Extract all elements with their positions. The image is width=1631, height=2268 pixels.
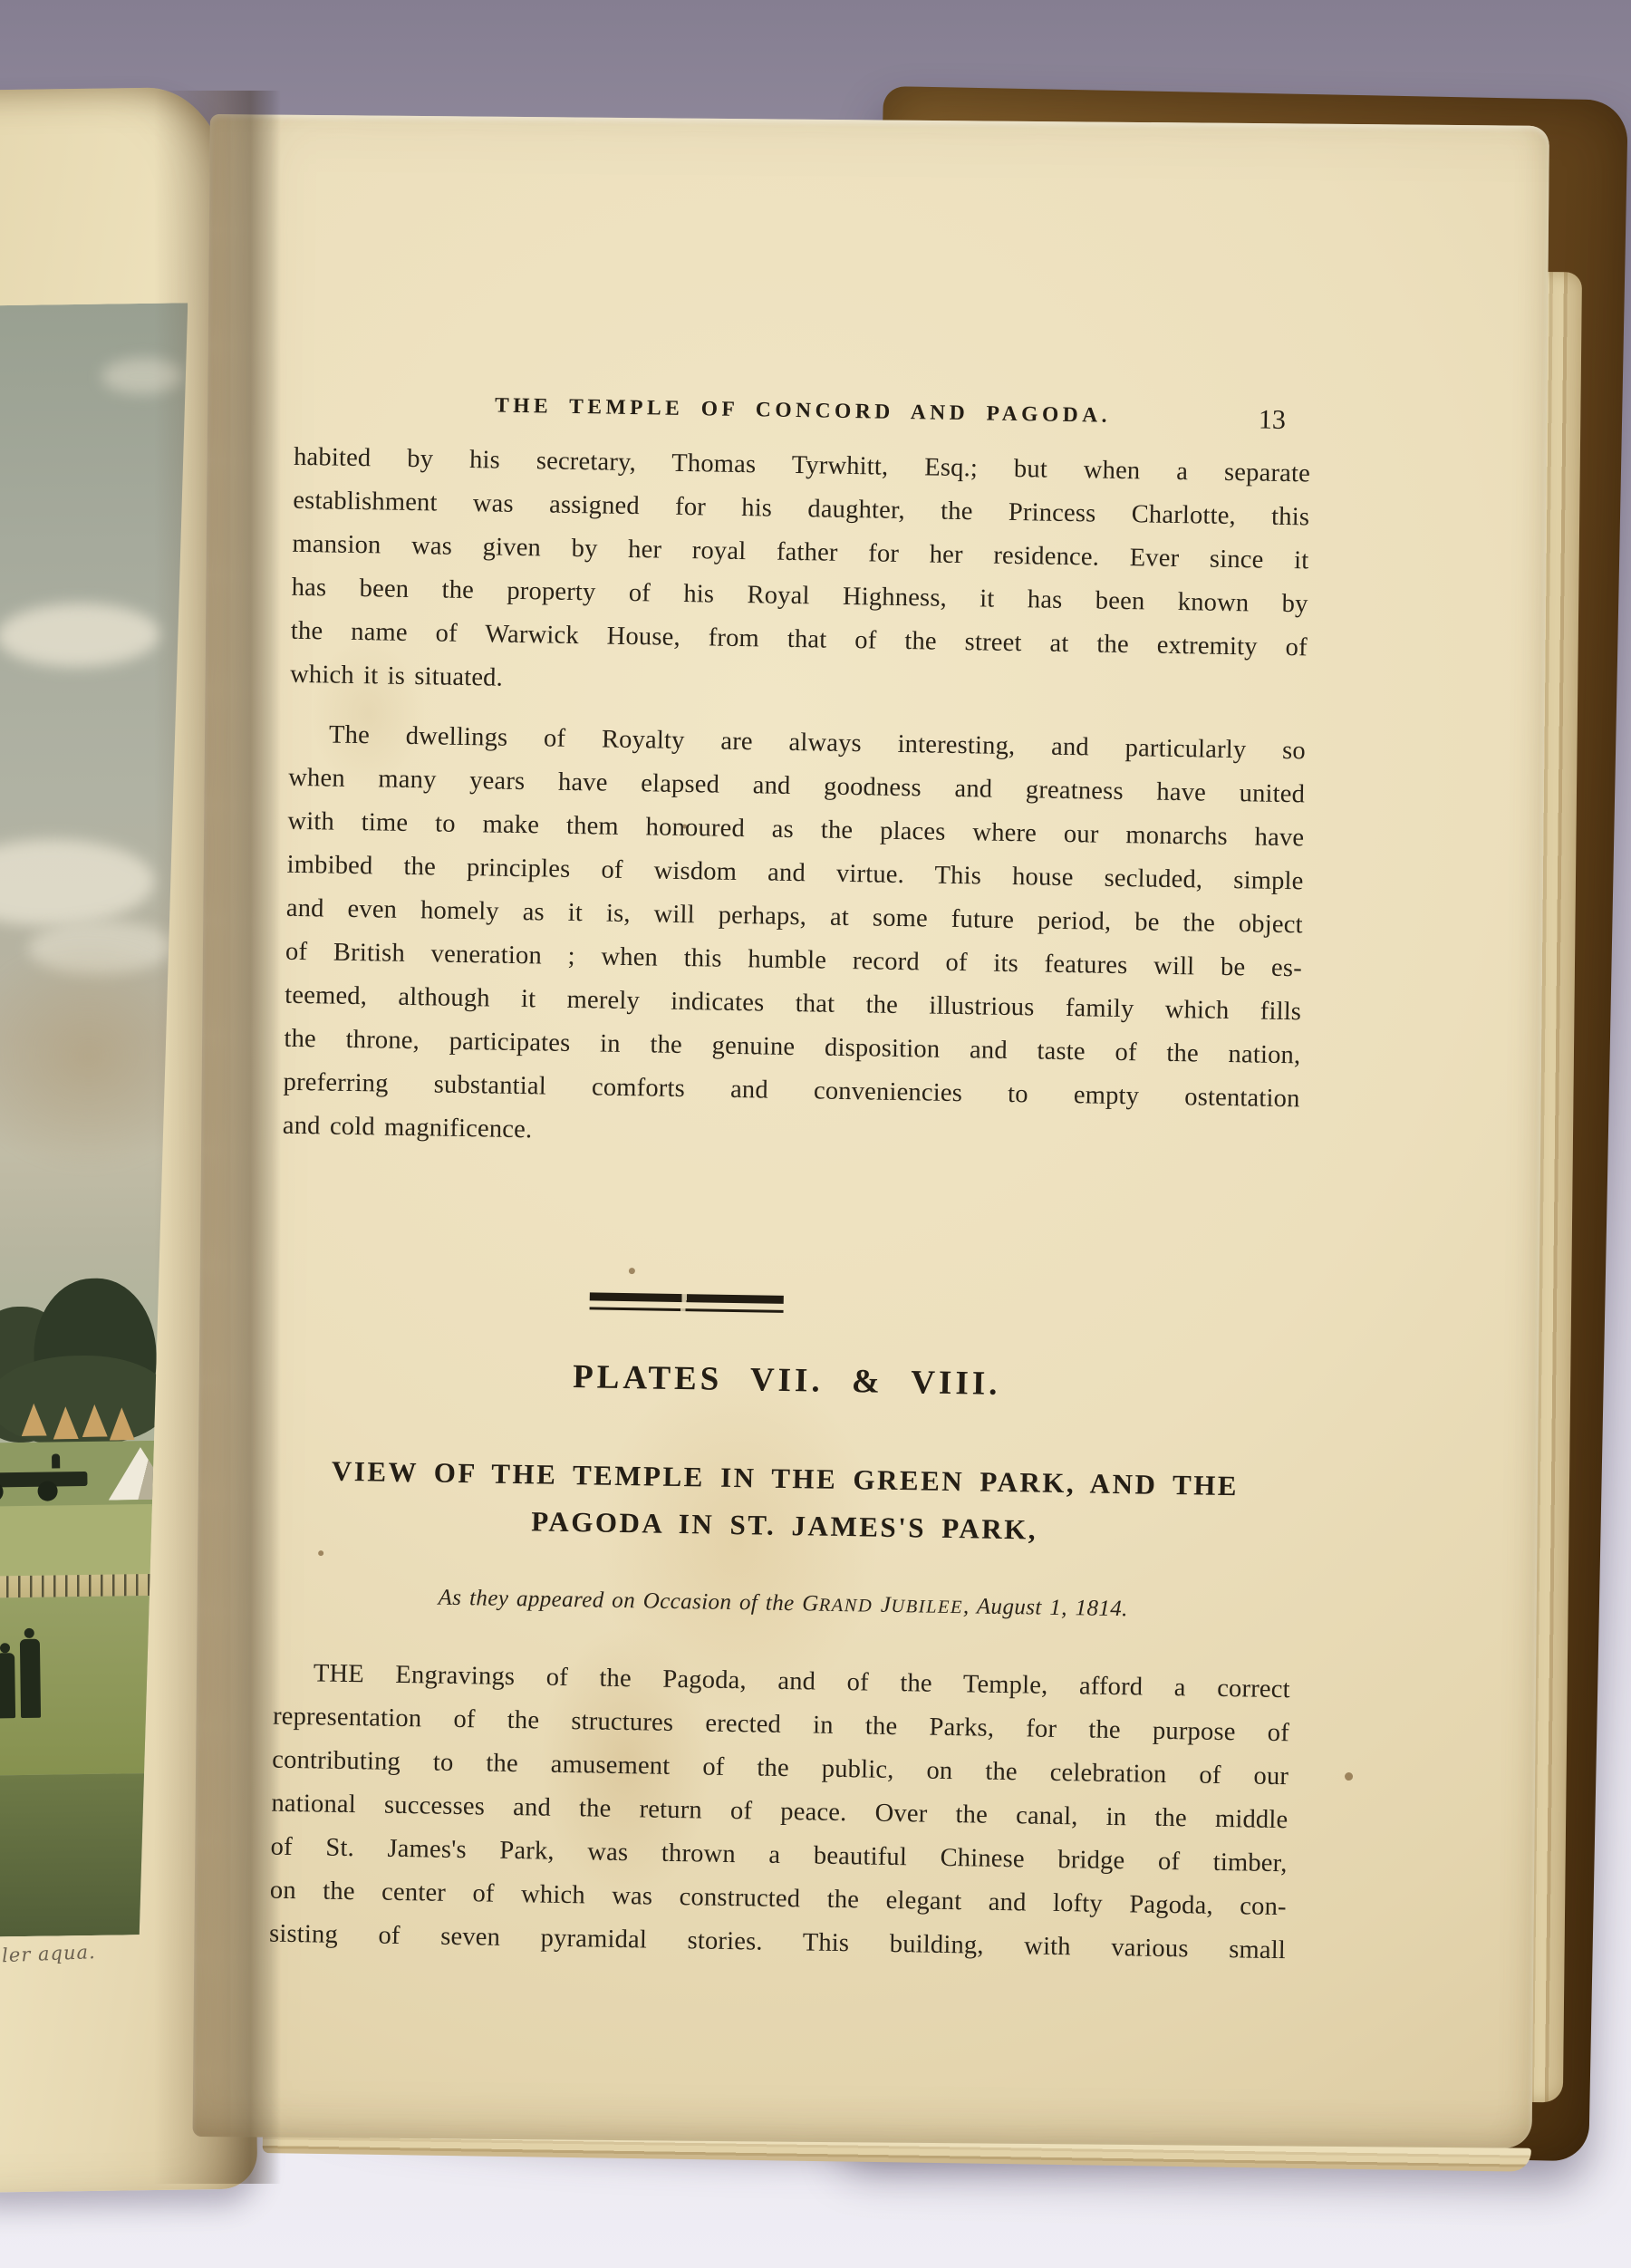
divider-thin-rule [590, 1307, 784, 1313]
figure-head [24, 1628, 34, 1638]
running-head: THE TEMPLE OF CONCORD AND PAGODA. [294, 391, 1311, 432]
foxing-speck [1345, 1772, 1353, 1781]
paragraph-continuation: habited by his secretary, Thomas Tyrwhit… [290, 436, 1311, 714]
page-header: THE TEMPLE OF CONCORD AND PAGODA. 13 [294, 391, 1312, 444]
view-title: VIEW OF THE TEMPLE IN THE GREEN PARK, AN… [275, 1447, 1294, 1559]
subtitle-text: As they appeared on Occasion of the [438, 1586, 802, 1617]
opening-paragraph: THE Engravings of the Pagoda, and of the… [269, 1652, 1290, 1974]
figure-silhouette [20, 1639, 41, 1718]
page-text-block: THE TEMPLE OF CONCORD AND PAGODA. 13 hab… [268, 391, 1311, 2002]
subtitle-text: August 1, 1814. [977, 1594, 1128, 1621]
section-divider [590, 1292, 784, 1313]
cloud [101, 357, 184, 394]
page-number: 13 [1259, 404, 1287, 435]
figure-silhouette [0, 1653, 15, 1718]
small-caps-text: RAND [819, 1596, 873, 1617]
book-text-page: THE TEMPLE OF CONCORD AND PAGODA. 13 hab… [193, 114, 1549, 2148]
aquatint-plate-image [0, 303, 210, 1936]
plates-heading: PLATES VII. & VIII. [278, 1353, 1296, 1409]
fence-line [0, 1573, 206, 1597]
haze-band [0, 937, 210, 1176]
lawn-band [0, 1772, 210, 1936]
wagon-driver-figure [52, 1453, 60, 1468]
small-caps-text: UBILEE [891, 1597, 963, 1617]
plate-caption: tadler aqua. [0, 1941, 96, 1968]
subtitle-text: , [963, 1594, 977, 1618]
fence-posts [0, 1573, 206, 1597]
lawn-band [0, 1503, 206, 1581]
plate-subtitle: As they appeared on Occasion of the GRAN… [275, 1583, 1291, 1626]
subtitle-text: J [873, 1593, 892, 1617]
divider-thick-rule [590, 1292, 784, 1304]
subtitle-text: G [802, 1591, 819, 1616]
cloud [0, 603, 160, 669]
cloud [0, 838, 155, 927]
paragraph: The dwellings of Royalty are always inte… [282, 713, 1306, 1165]
